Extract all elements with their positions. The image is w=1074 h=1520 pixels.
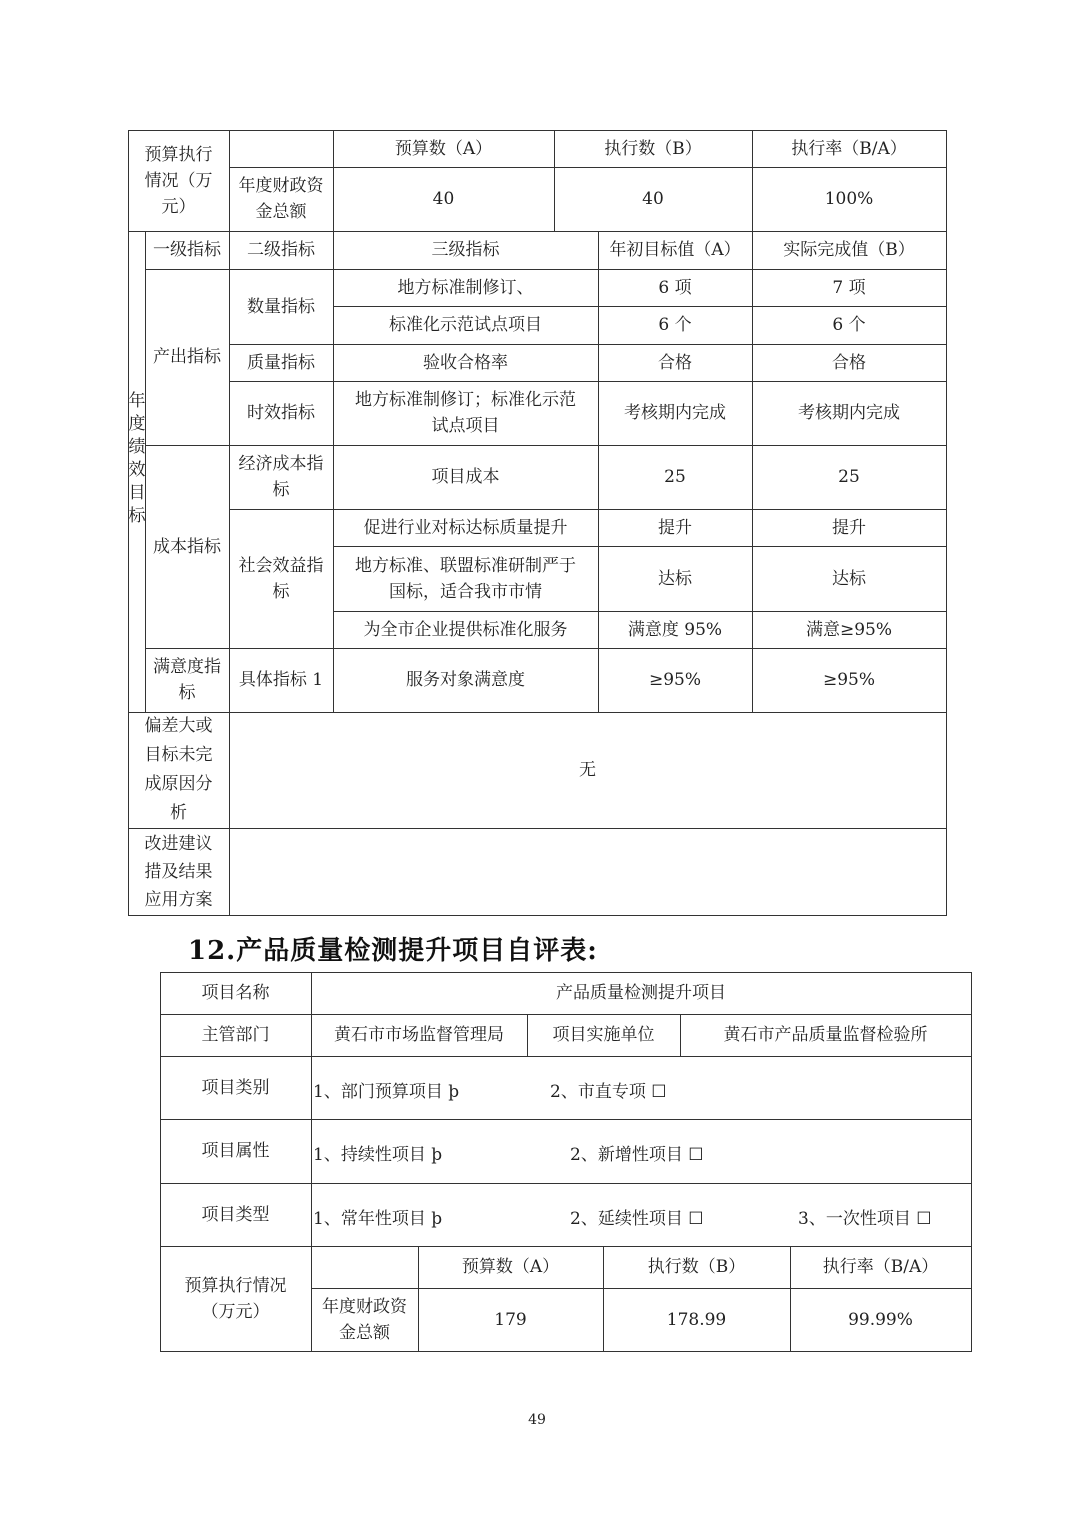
header-actual: 实际完成值（B） (752, 231, 946, 269)
text: 改进建议 (145, 830, 213, 858)
deviation-value: 无 (229, 712, 946, 828)
target-value: ≥95% (598, 648, 752, 712)
target-value: 6 个 (598, 306, 752, 344)
annual-performance-goal-label: 年 度 绩 效 目 标 (129, 390, 145, 528)
text: 成原因分 (145, 770, 213, 799)
annual-fund-label: 年度财政资 金总额 (311, 1288, 418, 1351)
rate-value: 100% (752, 167, 946, 231)
specific-indicator-label: 具体指标 1 (229, 648, 333, 712)
budget-label: 预算执行 情况（万 元） (128, 130, 229, 231)
actual-value: 6 个 (752, 306, 946, 344)
indicator-text: 地方标准制修订、 (333, 269, 598, 306)
type-option-annual[interactable]: 1、常年性项目 þ (313, 1204, 442, 1229)
timeliness-indicator-label: 时效指标 (229, 381, 333, 445)
target-value: 25 (598, 445, 752, 509)
target-value: 考核期内完成 (598, 381, 752, 445)
header-executed-b: 执行数（B） (603, 1246, 790, 1288)
type-option-extended[interactable]: 2、延续性项目 ☐ (570, 1204, 703, 1229)
annual-fund-label: 年度财政资 金总额 (229, 167, 333, 231)
text: 社会效益指 (239, 553, 324, 579)
actual-value: 满意≥95% (752, 611, 946, 648)
header-level2: 二级指标 (229, 231, 333, 269)
char: 效 (129, 459, 146, 482)
text: 元） (162, 194, 196, 220)
header-rate: 执行率（B/A） (790, 1246, 971, 1288)
header-level3: 三级指标 (333, 231, 598, 269)
text: 国标，适合我市市情 (389, 579, 542, 605)
improvement-value (229, 828, 946, 915)
text: 预算执行 (145, 142, 213, 168)
text: 析 (170, 799, 187, 828)
target-value: 提升 (598, 509, 752, 546)
rate-value: 99.99% (790, 1288, 971, 1351)
type-option-one-time[interactable]: 3、一次性项目 ☐ (798, 1204, 931, 1229)
target-value: 合格 (598, 344, 752, 381)
project-attribute-label: 项目属性 (160, 1119, 311, 1183)
text: 预算执行情况 (185, 1273, 287, 1299)
text: 地方标准、联盟标准研制严于 (355, 553, 576, 579)
text: 地方标准制修订；标准化示范 (355, 387, 576, 413)
budget-value: 40 (333, 167, 554, 231)
budget-execution-label: 预算执行情况 （万元） (160, 1246, 311, 1351)
text: 试点项目 (432, 413, 500, 439)
department-label: 主管部门 (160, 1014, 311, 1056)
deviation-label: 偏差大或 目标未完 成原因分 析 (128, 712, 229, 828)
quantity-indicator-label: 数量指标 (229, 269, 333, 344)
text: 年度财政资 (322, 1294, 407, 1320)
text: 年度财政资 (239, 173, 324, 199)
indicator-text: 验收合格率 (333, 344, 598, 381)
text: 情况（万 (145, 168, 213, 194)
actual-value: 达标 (752, 546, 946, 611)
implementing-unit-label: 项目实施单位 (527, 1014, 680, 1056)
text: 满意度指 (153, 654, 221, 680)
satisfaction-indicator-label: 满意度指 标 (145, 648, 229, 712)
header-budget-a: 预算数（A） (333, 130, 554, 167)
project-type-label: 项目类型 (160, 1183, 311, 1246)
actual-value: 合格 (752, 344, 946, 381)
social-benefit-label: 社会效益指 标 (229, 509, 333, 648)
department-value: 黄石市市场监督管理局 (311, 1014, 527, 1056)
project-name-label: 项目名称 (160, 972, 311, 1014)
actual-value: 考核期内完成 (752, 381, 946, 445)
output-indicator-label: 产出指标 (145, 269, 229, 445)
budget-value: 179 (418, 1288, 603, 1351)
indicator-text: 项目成本 (333, 445, 598, 509)
actual-value: 7 项 (752, 269, 946, 306)
project-name-value: 产品质量检测提升项目 (311, 972, 971, 1014)
executed-value: 40 (554, 167, 752, 231)
section-heading: 12.产品质量检测提升项目自评表: (188, 930, 598, 967)
char: 度 (129, 413, 146, 436)
attribute-option-new[interactable]: 2、新增性项目 ☐ (570, 1140, 703, 1165)
header-level1: 一级指标 (145, 231, 229, 269)
category-option-municipal-special[interactable]: 2、市直专项 ☐ (550, 1077, 666, 1102)
page-number: 49 (0, 1412, 1074, 1428)
char: 标 (129, 505, 146, 528)
indicator-text: 服务对象满意度 (333, 648, 598, 712)
header-target: 年初目标值（A） (598, 231, 752, 269)
implementing-unit-value: 黄石市产品质量监督检验所 (680, 1014, 971, 1056)
text: 偏差大或 (145, 712, 213, 741)
header-executed-b: 执行数（B） (554, 130, 752, 167)
indicator-text: 地方标准、联盟标准研制严于 国标，适合我市市情 (333, 546, 598, 611)
text: 经济成本指 (239, 451, 324, 477)
header-budget-a: 预算数（A） (418, 1246, 603, 1288)
text: 标 (273, 579, 290, 605)
actual-value: ≥95% (752, 648, 946, 712)
text: 金总额 (339, 1320, 390, 1346)
text: 标 (179, 680, 196, 706)
header-rate: 执行率（B/A） (752, 130, 946, 167)
indicator-text: 促进行业对标达标质量提升 (333, 509, 598, 546)
char: 绩 (129, 436, 146, 459)
improvement-label: 改进建议 措及结果 应用方案 (128, 828, 229, 915)
actual-value: 提升 (752, 509, 946, 546)
attribute-option-continuing[interactable]: 1、持续性项目 þ (313, 1140, 442, 1165)
target-value: 达标 (598, 546, 752, 611)
text: 措及结果 (145, 858, 213, 886)
indicator-text: 为全市企业提供标准化服务 (333, 611, 598, 648)
text: （万元） (202, 1299, 270, 1325)
quality-indicator-label: 质量指标 (229, 344, 333, 381)
category-option-department-budget[interactable]: 1、部门预算项目 þ (313, 1077, 459, 1102)
economic-cost-label: 经济成本指 标 (229, 445, 333, 509)
actual-value: 25 (752, 445, 946, 509)
target-value: 满意度 95% (598, 611, 752, 648)
executed-value: 178.99 (603, 1288, 790, 1351)
cost-indicator-label: 成本指标 (145, 445, 229, 648)
text: 标 (273, 477, 290, 503)
text: 金总额 (256, 199, 307, 225)
char: 目 (129, 482, 146, 505)
project-category-label: 项目类别 (160, 1056, 311, 1119)
indicator-text: 地方标准制修订；标准化示范 试点项目 (333, 381, 598, 445)
indicator-text: 标准化示范试点项目 (333, 306, 598, 344)
text: 应用方案 (145, 886, 213, 914)
text: 目标未完 (145, 741, 213, 770)
target-value: 6 项 (598, 269, 752, 306)
char: 年 (129, 390, 146, 413)
